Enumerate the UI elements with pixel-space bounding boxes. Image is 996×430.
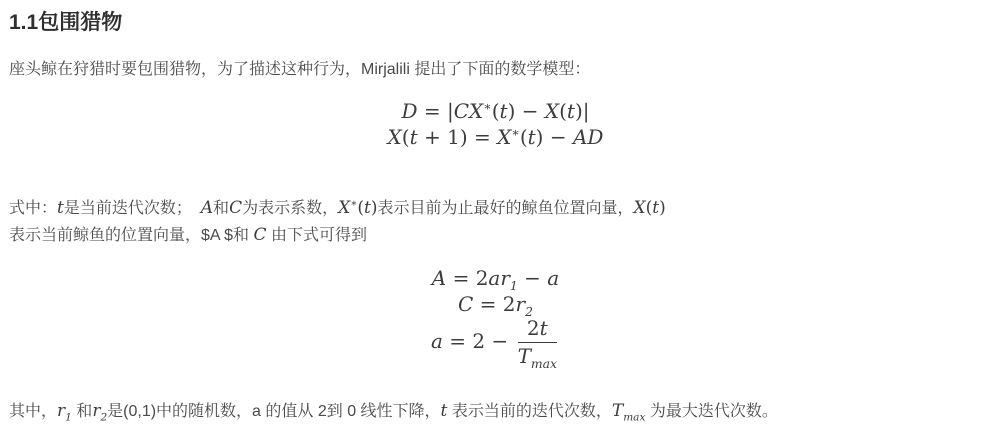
math-segment: ) − <box>508 99 545 123</box>
math-segment: C <box>458 292 473 316</box>
text-segment: 是(0,1)中的随机数，a 的值从 2到 0 线性下降， <box>107 403 440 420</box>
math-segment: X <box>545 99 559 123</box>
paragraph-line: 式中：t是当前迭代次数； A和C为表示系数，X∗(t)表示目前为止最好的鲸鱼位置… <box>9 195 982 222</box>
math-segment: ( <box>559 99 567 123</box>
math-segment: t <box>528 125 536 149</box>
text-segment: 为最大迭代次数。 <box>645 403 777 420</box>
math-segment: C <box>253 225 266 245</box>
fraction: 2tTmax <box>518 317 557 368</box>
text-segment: 和 <box>72 403 92 420</box>
math-segment: AD <box>573 125 603 149</box>
math-segment: ( <box>492 99 500 123</box>
formula-line: A = 2ar1 − a <box>9 265 982 291</box>
math-segment: A <box>201 198 213 218</box>
math-segment: X <box>388 125 402 149</box>
text-segment: 座头鲸在狩猎时要包围猎物，为了描述这种行为，Mirjalili 提出了下面的数学… <box>9 61 590 78</box>
math-segment: C <box>454 99 469 123</box>
math-segment: t <box>410 125 418 149</box>
formula-line: C = 2r2 <box>9 291 982 317</box>
section-heading: 1.1包围猎物 <box>9 10 982 36</box>
math-segment: = | <box>418 99 454 123</box>
math-segment: a <box>488 266 500 290</box>
math-segment: X∗ <box>469 99 492 123</box>
formula-block-encircle: D = |CX∗(t) − X(t)|X(t + 1) = X∗(t) − AD <box>9 98 982 150</box>
math-segment: r1 <box>500 266 517 290</box>
formula-line: D = |CX∗(t) − X(t)| <box>9 98 982 124</box>
math-segment: t <box>57 198 64 218</box>
fraction-numerator: 2t <box>518 317 557 343</box>
math-segment: t <box>567 99 575 123</box>
math-segment: a <box>431 329 443 353</box>
math-segment: = 2 <box>446 266 488 290</box>
math-segment: 2 <box>527 316 540 340</box>
math-segment: − <box>518 266 547 290</box>
math-segment: t <box>364 198 371 218</box>
text-segment: 是当前迭代次数； <box>64 200 201 217</box>
formula-block-coefficients: A = 2ar1 − aC = 2r2a = 2 − 2tTmax <box>9 265 982 368</box>
paragraph-explanation: 式中：t是当前迭代次数； A和C为表示系数，X∗(t)表示目前为止最好的鲸鱼位置… <box>9 195 982 249</box>
math-segment: t <box>540 316 548 340</box>
math-segment: + 1) = <box>418 125 497 149</box>
article-page: 1.1包围猎物 座头鲸在狩猎时要包围猎物，为了描述这种行为，Mirjalili … <box>0 0 996 430</box>
formula-line: X(t + 1) = X∗(t) − AD <box>9 124 982 150</box>
text-segment: 由下式可得到 <box>267 227 367 244</box>
math-segment: Tmax <box>518 344 557 368</box>
math-segment: ( <box>520 125 528 149</box>
text-segment: 表示当前的迭代次数， <box>447 403 611 420</box>
text-segment: 表示当前鲸鱼的位置向量，$A $和 <box>9 227 253 244</box>
fraction-denominator: Tmax <box>518 343 557 368</box>
math-segment: = 2 − <box>443 329 515 353</box>
text-segment: 式中： <box>9 200 57 217</box>
paragraph-line: 表示当前鲸鱼的位置向量，$A $和 C 由下式可得到 <box>9 222 982 249</box>
formula-line: a = 2 − 2tTmax <box>9 317 982 368</box>
math-segment: ) − <box>536 125 573 149</box>
math-segment: X∗ <box>497 125 520 149</box>
math-segment: r2 <box>92 401 107 421</box>
math-segment: ) <box>659 198 666 218</box>
paragraph-params: 其中，r1 和r2是(0,1)中的随机数，a 的值从 2到 0 线性下降，t 表… <box>9 398 982 425</box>
math-segment: t <box>500 99 508 123</box>
math-segment: Tmax <box>612 401 646 421</box>
math-segment: )| <box>575 99 590 123</box>
math-segment: r2 <box>516 292 533 316</box>
math-segment: X∗ <box>338 198 357 218</box>
math-segment: ( <box>402 125 410 149</box>
math-segment: a <box>547 266 559 290</box>
math-segment: r1 <box>57 401 72 421</box>
text-segment: 表示目前为止最好的鲸鱼位置向量， <box>378 200 634 217</box>
math-segment: C <box>229 198 242 218</box>
math-segment: D <box>401 99 417 123</box>
math-segment: = 2 <box>473 292 515 316</box>
text-segment: 和 <box>213 200 229 217</box>
text-segment: 其中， <box>9 403 57 420</box>
text-segment: 为表示系数， <box>242 200 338 217</box>
math-segment: A <box>432 266 446 290</box>
paragraph-intro: 座头鲸在狩猎时要包围猎物，为了描述这种行为，Mirjalili 提出了下面的数学… <box>9 56 982 83</box>
math-segment: ) <box>371 198 378 218</box>
math-segment: X <box>634 198 646 218</box>
